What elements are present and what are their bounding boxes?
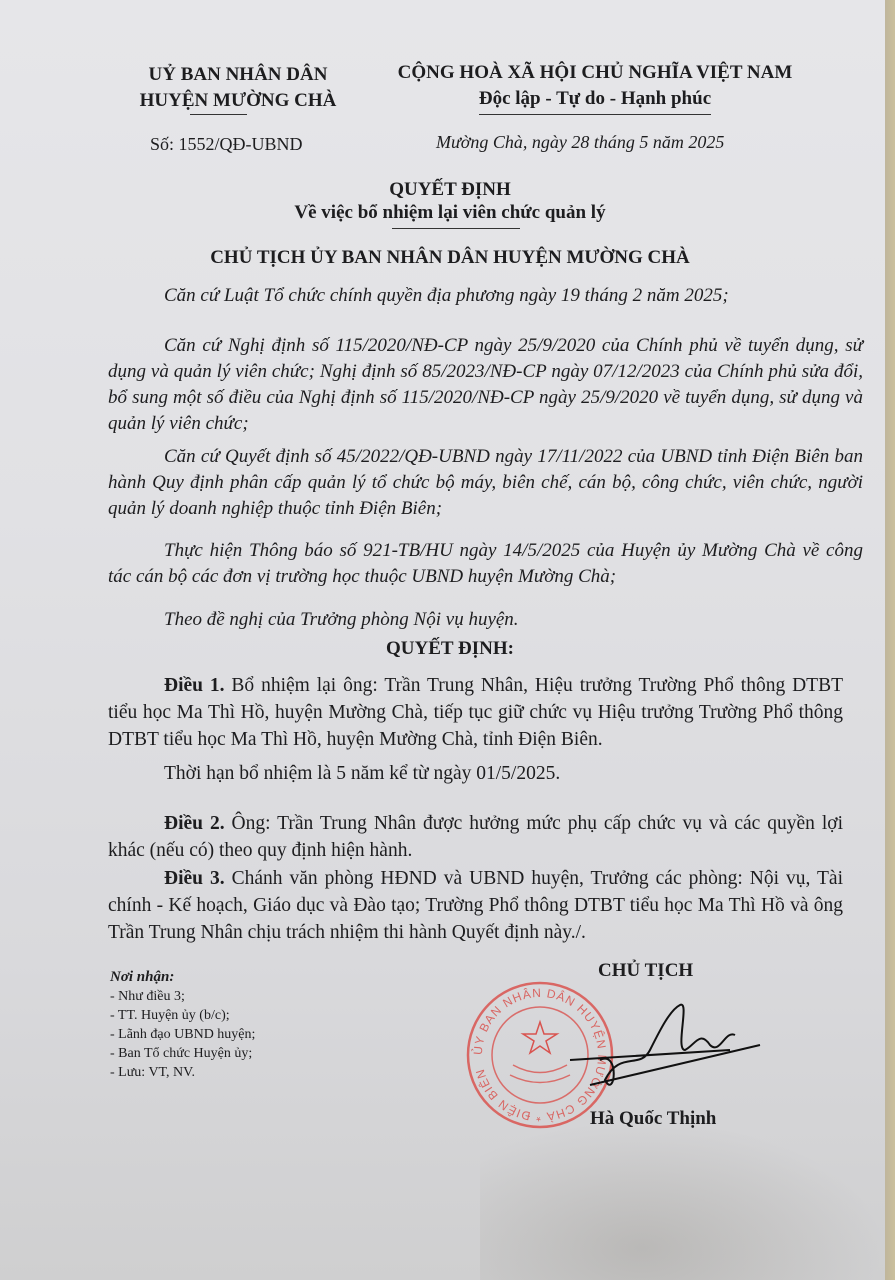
- preamble-5: Theo đề nghị của Trưởng phòng Nội vụ huy…: [108, 607, 863, 633]
- document-type: QUYẾT ĐỊNH: [100, 178, 800, 202]
- issuing-authority: CHỦ TỊCH ỦY BAN NHÂN DÂN HUYỆN MƯỜNG CHÀ: [100, 247, 800, 269]
- subject-underline: [392, 228, 520, 229]
- recipients: Nơi nhận: - Như điều 3; - TT. Huyện ủy (…: [110, 968, 255, 1082]
- recipient-item: - Lưu: VT, NV.: [110, 1063, 255, 1082]
- signer-name: Hà Quốc Thịnh: [590, 1108, 716, 1130]
- agency-line-2: HUYỆN MƯỜNG CHÀ: [118, 88, 358, 114]
- national-header: CỘNG HOÀ XÃ HỘI CHỦ NGHĨA VIỆT NAM Độc l…: [380, 60, 810, 115]
- document-number: Số: 1552/QĐ-UBND: [150, 134, 303, 155]
- shadow: [480, 1120, 885, 1280]
- article-1-label: Điều 1.: [164, 675, 225, 696]
- article-3: Điều 3. Chánh văn phòng HĐND và UBND huy…: [108, 865, 843, 946]
- place-date: Mường Chà, ngày 28 tháng 5 năm 2025: [436, 132, 724, 153]
- signature-icon: [560, 990, 770, 1100]
- term-text: Thời hạn bổ nhiệm là 5 năm kể từ ngày 01…: [164, 763, 560, 784]
- recipient-item: - Ban Tổ chức Huyện ủy;: [110, 1044, 255, 1063]
- recipients-heading: Nơi nhận:: [110, 968, 255, 987]
- page-edge: [885, 0, 895, 1280]
- article-1: Điều 1. Bổ nhiệm lại ông: Trần Trung Nhâ…: [108, 672, 843, 753]
- article-2-label: Điều 2.: [164, 813, 225, 834]
- recipient-item: - Như điều 3;: [110, 987, 255, 1006]
- country-name: CỘNG HOÀ XÃ HỘI CHỦ NGHĨA VIỆT NAM: [380, 60, 810, 86]
- issuing-agency: UỶ BAN NHÂN DÂN HUYỆN MƯỜNG CHÀ: [118, 62, 358, 114]
- preamble-3: Căn cứ Quyết định số 45/2022/QĐ-UBND ngà…: [108, 444, 863, 522]
- recipient-item: - Lãnh đạo UBND huyện;: [110, 1025, 255, 1044]
- article-3-label: Điều 3.: [164, 868, 225, 889]
- recipient-item: - TT. Huyện ủy (b/c);: [110, 1006, 255, 1025]
- preamble-4: Thực hiện Thông báo số 921-TB/HU ngày 14…: [108, 538, 863, 590]
- article-2: Điều 2. Ông: Trần Trung Nhân được hưởng …: [108, 810, 843, 864]
- preamble-1: Căn cứ Luật Tổ chức chính quyền địa phươ…: [108, 283, 863, 309]
- decision-heading: QUYẾT ĐỊNH:: [100, 638, 800, 660]
- motto: Độc lập - Tự do - Hạnh phúc: [479, 86, 711, 115]
- document-subject: Về việc bổ nhiệm lại viên chức quản lý: [100, 201, 800, 225]
- signer-title: CHỦ TỊCH: [598, 960, 693, 982]
- article-1-term: Thời hạn bổ nhiệm là 5 năm kể từ ngày 01…: [108, 760, 843, 787]
- preamble-2: Căn cứ Nghị định số 115/2020/NĐ-CP ngày …: [108, 333, 863, 437]
- agency-line-1: UỶ BAN NHÂN DÂN: [118, 62, 358, 88]
